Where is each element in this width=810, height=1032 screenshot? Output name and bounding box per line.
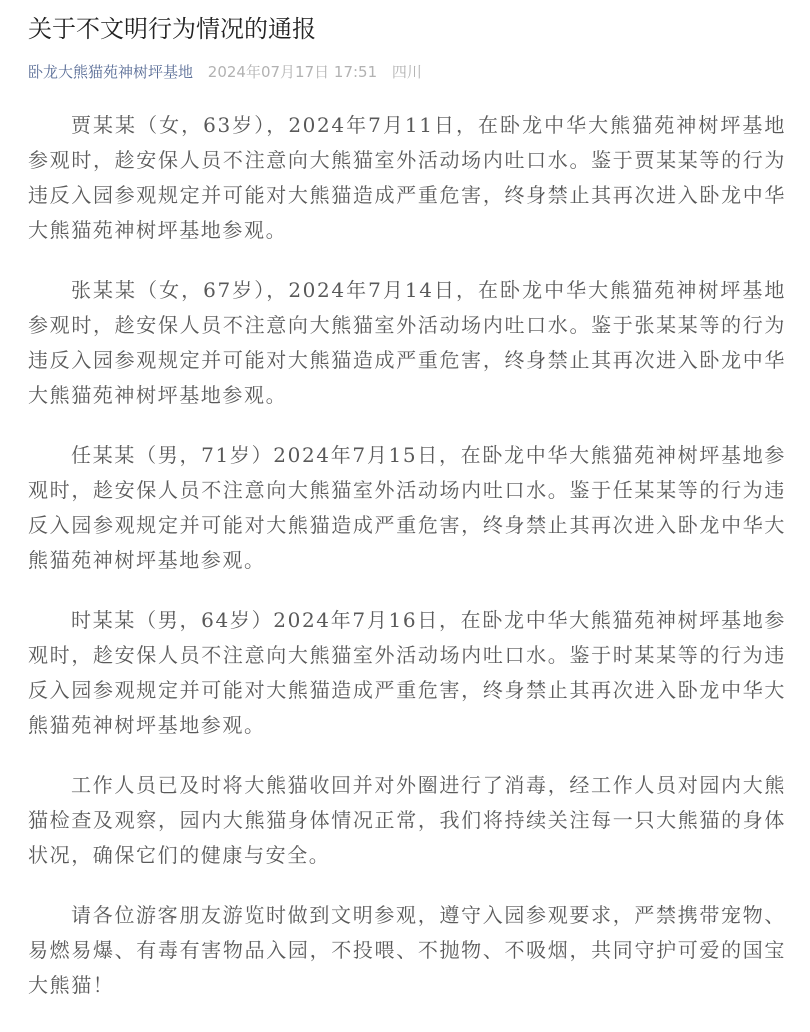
publish-date: 2024年07月17日 17:51 [208,63,377,81]
paragraph-disinfection: 工作人员已及时将大熊猫收回并对外圈进行了消毒，经工作人员对园内大熊猫检查及观察，… [28,768,786,873]
paragraph-appeal: 请各位游客朋友游览时做到文明参观，遵守入园参观要求，严禁携带宠物、易燃易爆、有毒… [28,898,786,1003]
author-link[interactable]: 卧龙大熊猫苑神树坪基地 [28,63,193,81]
paragraph-zhang: 张某某（女，67岁），2024年7月14日，在卧龙中华大熊猫苑神树坪基地参观时，… [28,273,786,413]
article-content: 贾某某（女，63岁），2024年7月11日，在卧龙中华大熊猫苑神树坪基地参观时，… [28,108,786,1003]
paragraph-shi: 时某某（男，64岁）2024年7月16日，在卧龙中华大熊猫苑神树坪基地参观时，趁… [28,603,786,743]
paragraph-ren: 任某某（男，71岁）2024年7月15日，在卧龙中华大熊猫苑神树坪基地参观时，趁… [28,438,786,578]
article-meta: 卧龙大熊猫苑神树坪基地 2024年07月17日 17:51 四川 [28,60,786,84]
paragraph-jia: 贾某某（女，63岁），2024年7月11日，在卧龙中华大熊猫苑神树坪基地参观时，… [28,108,786,248]
publish-location: 四川 [392,63,422,81]
article-title: 关于不文明行为情况的通报 [28,0,786,46]
article: 关于不文明行为情况的通报 卧龙大熊猫苑神树坪基地 2024年07月17日 17:… [28,0,786,1028]
